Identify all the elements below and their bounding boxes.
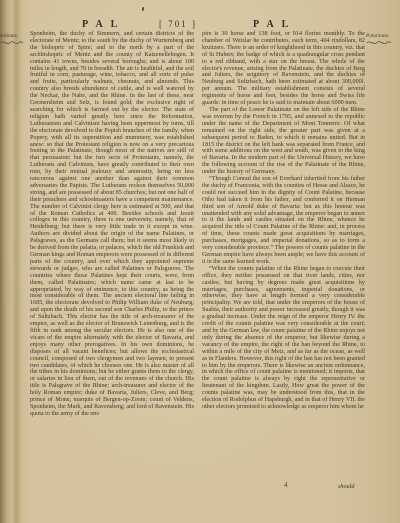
swash-ornament-left: [0, 40, 24, 46]
paragraph: pire is 30 horse and 138 foot, or 914 fl…: [202, 31, 365, 107]
book-page: P A L [ 701 ] P A L Palatinate. Palatina…: [0, 0, 400, 523]
header-right-word: P A L: [253, 19, 291, 30]
paragraph: “When the counts palatine of the Rhine b…: [202, 266, 365, 411]
swash-ornament-right: [366, 40, 392, 46]
paragraph: “Though Conrad the son of Everhard inher…: [202, 176, 365, 266]
margin-note-left-text: Palatinate.: [0, 33, 18, 39]
text-column-left: Sponheim, the duchy of Simmern, and cert…: [30, 31, 194, 418]
paragraph: Sponheim, the duchy of Simmern, and cert…: [30, 31, 194, 418]
margin-note-right-text: Palatinate.: [366, 33, 389, 39]
text-column-right: pire is 30 horse and 138 foot, or 914 fl…: [202, 31, 365, 411]
page-number: [ 701 ]: [159, 19, 197, 29]
paragraph: The part of the Lower Palatinate on the …: [202, 107, 365, 176]
catchword: should: [338, 483, 355, 490]
header-left-word: P A L: [82, 19, 120, 30]
margin-note-left: Palatinate.: [0, 33, 29, 46]
signature-mark: 4: [284, 482, 287, 489]
ink-speck: [142, 7, 145, 11]
margin-note-right: Palatinate.: [366, 33, 399, 46]
